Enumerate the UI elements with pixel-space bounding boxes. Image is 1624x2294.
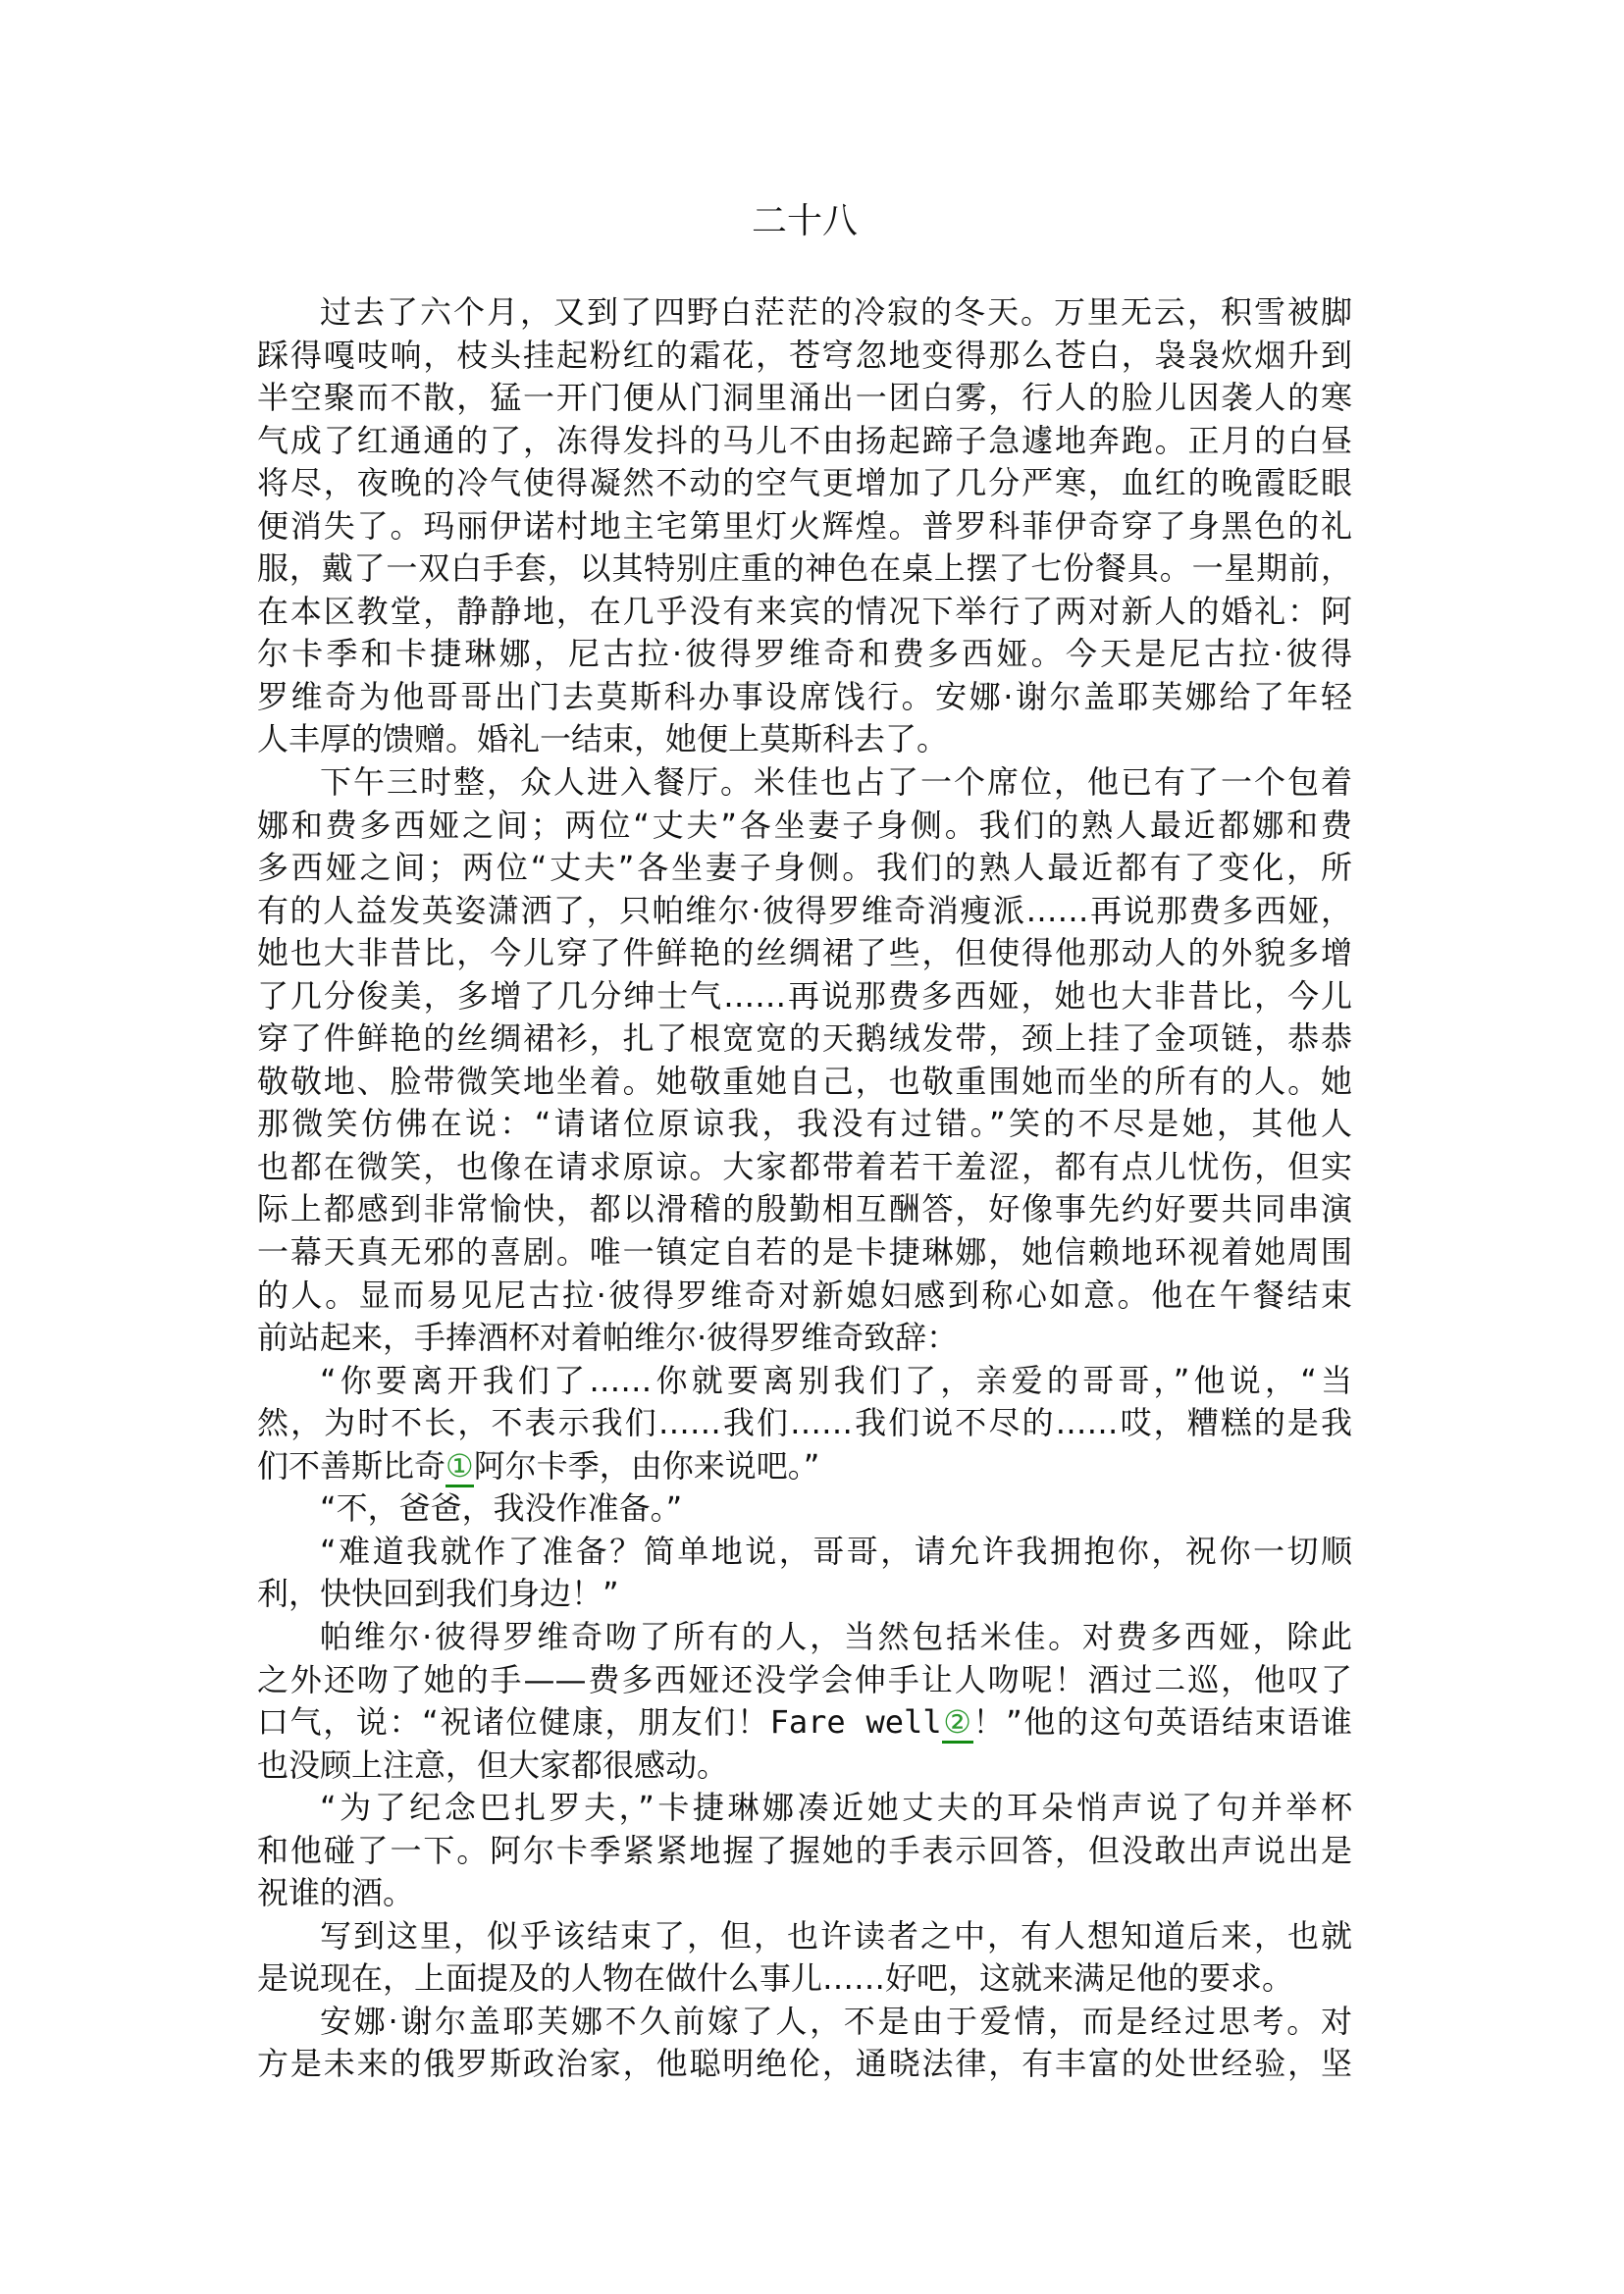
document-body: 过去了六个月，又到了四野白茫茫的冷寂的冬天。万里无云，积雪被脚踩得嘎吱响，枝头挂…: [257, 291, 1352, 2086]
text-line: 是说现在，上面提及的人物在做什么事儿……好吧，这就来满足他的要求。: [257, 1957, 1352, 2001]
text-line: 多西娅之间；两位“丈夫”各坐妻子身侧。我们的熟人最近都有了变化，所: [257, 847, 1352, 890]
text-line: 人丰厚的馈赠。婚礼一结束，她便上莫斯科去了。: [257, 718, 1352, 761]
text-line: 的人。显而易见尼古拉·彼得罗维奇对新媳妇感到称心如意。他在午餐结束: [257, 1275, 1352, 1318]
text-line: 娜和费多西娅之间；两位“丈夫”各坐妻子身侧。我们的熟人最近都娜和费: [257, 805, 1352, 848]
text-line: 穿了件鲜艳的丝绸裙衫，扎了根宽宽的天鹅绒发带，颈上挂了金项链，恭恭: [257, 1017, 1352, 1061]
text-line: 过去了六个月，又到了四野白茫茫的冷寂的冬天。万里无云，积雪被脚: [257, 291, 1352, 335]
text-line: 气成了红通通的了，冻得发抖的马儿不由扬起蹄子急遽地奔跑。正月的白昼: [257, 420, 1352, 463]
chapter-title: 二十八: [257, 200, 1352, 243]
text-line: 了几分俊美，多增了几分绅士气……再说那费多西娅，她也大非昔比，今儿: [257, 975, 1352, 1018]
text-line: 将尽，夜晚的冷气使得凝然不动的空气更增加了几分严寒，血红的晚霞眨眼: [257, 462, 1352, 505]
text-line: 口气，说：“祝诸位健康，朋友们！Fare well②！”他的这句英语结束语谁: [257, 1701, 1352, 1745]
text-line: 有的人益发英姿潇洒了，只帕维尔·彼得罗维奇消瘦派……再说那费多西娅，: [257, 890, 1352, 933]
document-page: 二十八 过去了六个月，又到了四野白茫茫的冷寂的冬天。万里无云，积雪被脚踩得嘎吱响…: [0, 0, 1624, 2294]
text-line: 尔卡季和卡捷琳娜，尼古拉·彼得罗维奇和费多西娅。今天是尼古拉·彼得: [257, 633, 1352, 676]
text-line: 踩得嘎吱响，枝头挂起粉红的霜花，苍穹忽地变得那么苍白，袅袅炊烟升到: [257, 335, 1352, 378]
document-content: 二十八 过去了六个月，又到了四野白茫茫的冷寂的冬天。万里无云，积雪被脚踩得嘎吱响…: [257, 200, 1352, 2086]
text-line: 也都在微笑，也像在请求原谅。大家都带着若干羞涩，都有点儿忧伤，但实: [257, 1146, 1352, 1189]
text-line: 前站起来，手捧酒杯对着帕维尔·彼得罗维奇致辞：: [257, 1317, 1352, 1360]
text-line: 便消失了。玛丽伊诺村地主宅第里灯火辉煌。普罗科菲伊奇穿了身黑色的礼: [257, 505, 1352, 548]
text-line: 她也大非昔比，今儿穿了件鲜艳的丝绸裙了些，但使得他那动人的外貌多增: [257, 932, 1352, 975]
text-line: 然，为时不长，不表示我们……我们……我们说不尽的……哎，糟糕的是我: [257, 1402, 1352, 1445]
text-line: 一幕天真无邪的喜剧。唯一镇定自若的是卡捷琳娜，她信赖地环视着她周围: [257, 1231, 1352, 1275]
text-line: “为了纪念巴扎罗夫，”卡捷琳娜凑近她丈夫的耳朵悄声说了句并举杯: [257, 1787, 1352, 1830]
text-line: 安娜·谢尔盖耶芙娜不久前嫁了人，不是由于爱情，而是经过思考。对: [257, 2001, 1352, 2044]
text-line: 帕维尔·彼得罗维奇吻了所有的人，当然包括米佳。对费多西娅，除此: [257, 1616, 1352, 1659]
text-line: 际上都感到非常愉快，都以滑稽的殷勤相互酬答，好像事先约好要共同串演: [257, 1188, 1352, 1231]
text-line: “难道我就作了准备？简单地说，哥哥，请允许我拥抱你，祝你一切顺: [257, 1531, 1352, 1574]
text-line: “不，爸爸，我没作准备。”: [257, 1487, 1352, 1531]
text-line: 祝谁的酒。: [257, 1872, 1352, 1915]
text-line: 方是未来的俄罗斯政治家，他聪明绝伦，通晓法律，有丰富的处世经验，坚: [257, 2043, 1352, 2086]
text-line: 那微笑仿佛在说：“请诸位原谅我，我没有过错。”笑的不尽是她，其他人: [257, 1103, 1352, 1146]
latin-text: Fare well: [770, 1703, 942, 1741]
text-line: 之外还吻了她的手——费多西娅还没学会伸手让人吻呢！酒过二巡，他叹了: [257, 1659, 1352, 1702]
text-line: 在本区教堂，静静地，在几乎没有来宾的情况下举行了两对新人的婚礼：阿: [257, 591, 1352, 634]
text-line: 半空聚而不散，猛一开门便从门洞里涌出一团白雾，行人的脸儿因袭人的寒: [257, 377, 1352, 420]
text-line: 写到这里，似乎该结束了，但，也许读者之中，有人想知道后来，也就: [257, 1915, 1352, 1958]
footnote-ref[interactable]: ②: [942, 1703, 973, 1744]
text-line: 罗维奇为他哥哥出门去莫斯科办事设席饯行。安娜·谢尔盖耶芙娜给了年轻: [257, 676, 1352, 719]
text-line: 敬敬地、脸带微笑地坐着。她敬重她自己，也敬重围她而坐的所有的人。她: [257, 1061, 1352, 1104]
text-line: 和他碰了一下。阿尔卡季紧紧地握了握她的手表示回答，但没敢出声说出是: [257, 1830, 1352, 1873]
text-line: 服，戴了一双白手套，以其特别庄重的神色在桌上摆了七份餐具。一星期前，: [257, 547, 1352, 591]
text-line: 们不善斯比奇①阿尔卡季，由你来说吧。”: [257, 1445, 1352, 1488]
text-line: 利，快快回到我们身边！”: [257, 1573, 1352, 1616]
text-line: 也没顾上注意，但大家都很感动。: [257, 1745, 1352, 1788]
footnote-ref[interactable]: ①: [445, 1447, 474, 1487]
text-line: 下午三时整，众人进入餐厅。米佳也占了一个席位，他已有了一个包着: [257, 761, 1352, 805]
text-line: “你要离开我们了……你就要离别我们了，亲爱的哥哥，”他说，“当: [257, 1360, 1352, 1403]
